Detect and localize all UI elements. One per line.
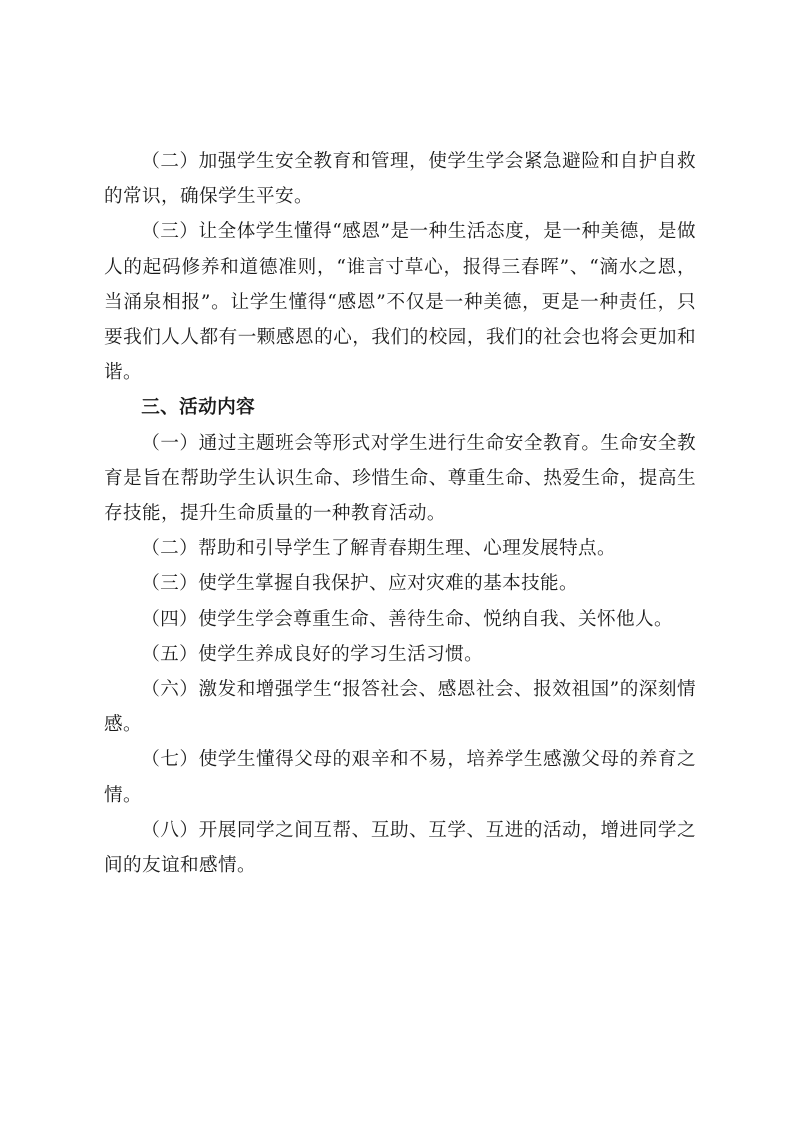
- paragraph-activity-1: （一）通过主题班会等形式对学生进行生命安全教育。生命安全教育是旨在帮助学生认识生…: [104, 426, 696, 532]
- document-page: （二）加强学生安全教育和管理，使学生学会紧急避险和自护自救的常识，确保学生平安。…: [104, 144, 696, 883]
- paragraph-activity-2: （二）帮助和引导学生了解青春期生理、心理发展特点。: [104, 531, 696, 566]
- paragraph-activity-4: （四）使学生学会尊重生命、善待生命、悦纳自我、关怀他人。: [104, 602, 696, 637]
- paragraph-activity-7: （七）使学生懂得父母的艰辛和不易，培养学生感激父母的养育之情。: [104, 742, 696, 812]
- paragraph-activity-3: （三）使学生掌握自我保护、应对灾难的基本技能。: [104, 566, 696, 601]
- paragraph-activity-5: （五）使学生养成良好的学习生活习惯。: [104, 637, 696, 672]
- paragraph-goal-3: （三）让全体学生懂得“感恩”是一种生活态度，是一种美德，是做人的起码修养和道德准…: [104, 214, 696, 390]
- paragraph-activity-6: （六）激发和增强学生“报答社会、感恩社会、报效祖国”的深刻情感。: [104, 672, 696, 742]
- section-heading-activity-content: 三、活动内容: [104, 390, 696, 425]
- paragraph-goal-2: （二）加强学生安全教育和管理，使学生学会紧急避险和自护自救的常识，确保学生平安。: [104, 144, 696, 214]
- paragraph-activity-8: （八）开展同学之间互帮、互助、互学、互进的活动，增进同学之间的友谊和感情。: [104, 813, 696, 883]
